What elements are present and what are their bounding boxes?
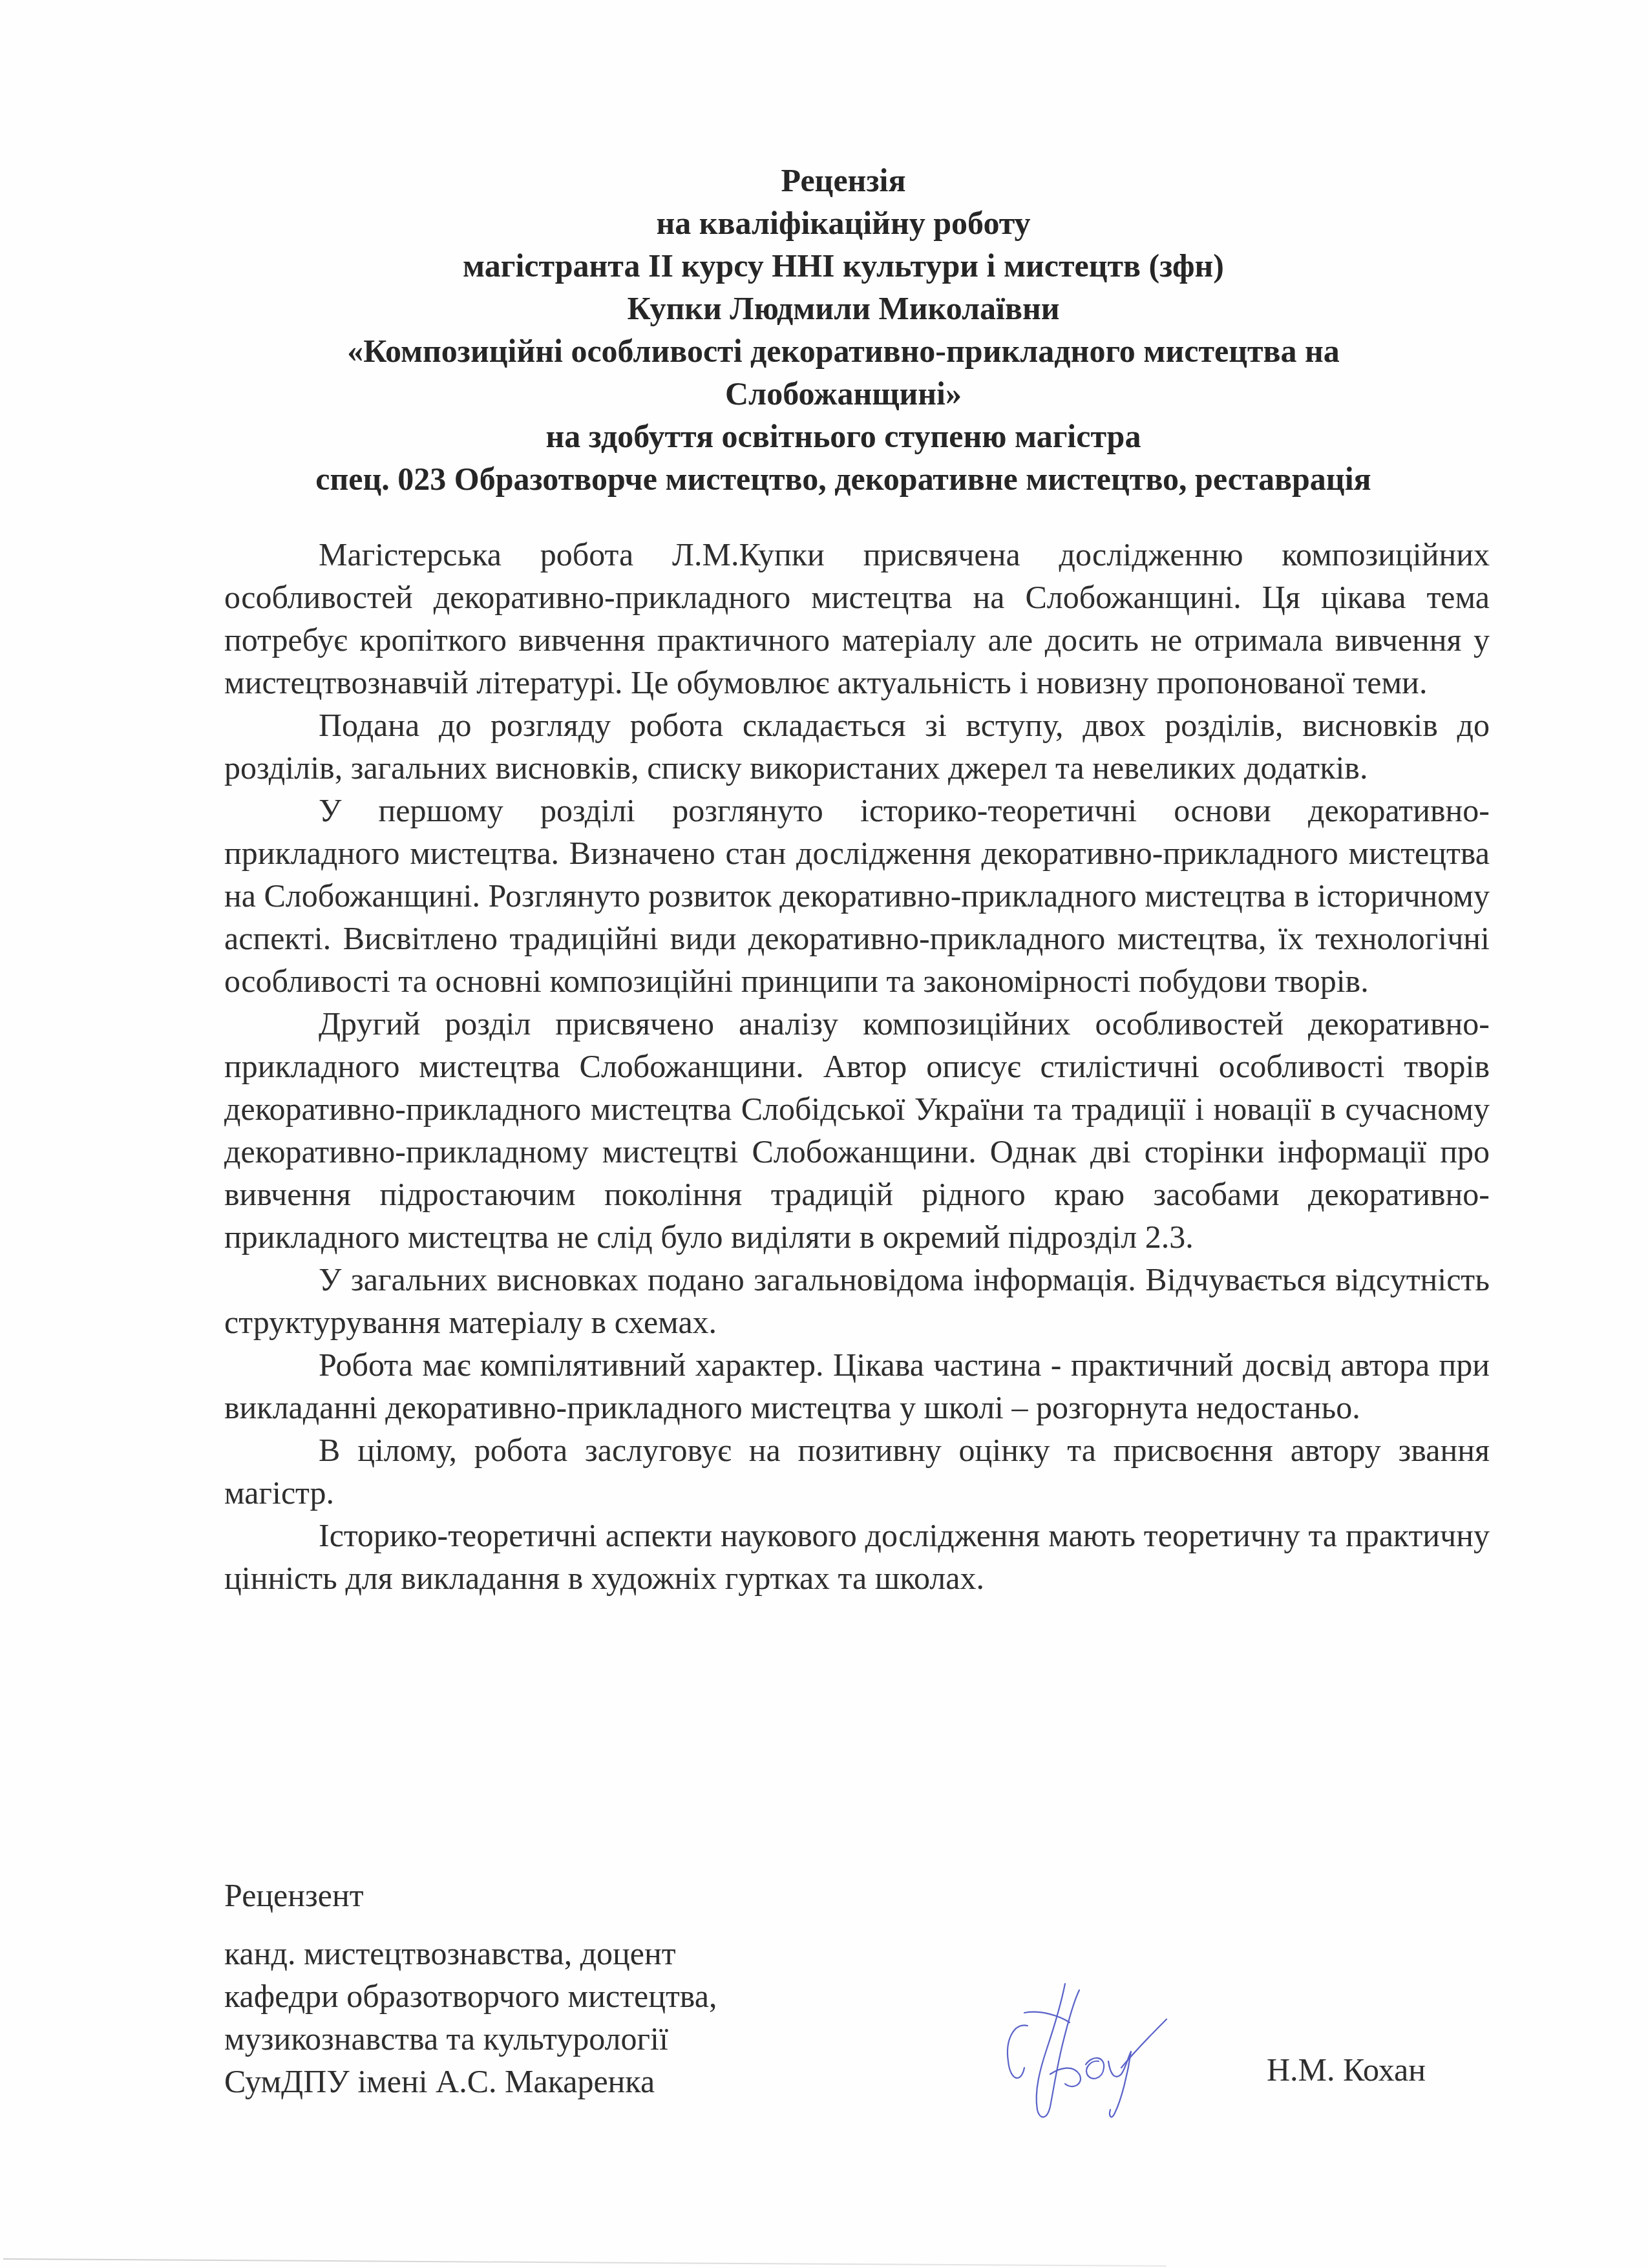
title-subject: на кваліфікаційну роботу [213,202,1474,244]
reviewer-credentials: Рецензент канд. мистецтвознавства, доцен… [224,1874,717,2103]
title-specialty: спец. 023 Образотворче мистецтво, декора… [213,457,1474,500]
paragraph-compilative: Робота має компілятивний характер. Цікав… [224,1343,1490,1429]
handwritten-signature-icon [989,1977,1183,2132]
paragraph-chapter-two: Другий розділ присвячено аналізу компози… [224,1002,1490,1258]
title-review: Рецензія [213,159,1474,202]
paragraph-chapter-one: У першому розділі розглянуто історико-те… [224,789,1490,1002]
reviewer-label: Рецензент [224,1874,717,1916]
reviewer-department-line2: музикознавства та культурології [224,2017,717,2060]
paragraph-conclusions: У загальних висновках подано загальновід… [224,1258,1490,1343]
paragraph-intro: Магістерська робота Л.М.Купки присвячена… [224,533,1490,704]
review-body: Магістерська робота Л.М.Купки присвячена… [224,533,1490,1599]
paragraph-assessment: В цілому, робота заслуговує на позитивну… [224,1429,1490,1514]
paragraph-value: Історико-теоретичні аспекти наукового до… [224,1514,1490,1599]
title-student-name: Купки Людмили Миколаївни [213,287,1474,330]
scan-edge-line [3,2258,1167,2267]
scanned-page: Рецензія на кваліфікаційну роботу магіст… [0,0,1648,2268]
reviewer-degree: канд. мистецтвознавства, доцент [224,1932,717,1975]
title-thesis-topic-line1: «Композиційні особливості декоративно-пр… [213,330,1474,372]
reviewer-university: СумДПУ імені А.С. Макаренка [224,2060,717,2103]
title-degree: на здобуття освітнього ступеню магістра [213,415,1474,457]
title-thesis-topic-line2: Слобожанщині» [213,372,1474,415]
title-block: Рецензія на кваліфікаційну роботу магіст… [213,159,1474,500]
paragraph-structure: Подана до розгляду робота складається зі… [224,704,1490,789]
reviewer-department-line1: кафедри образотворчого мистецтва, [224,1975,717,2017]
title-student-course: магістранта ІІ курсу ННІ культури і мист… [213,244,1474,287]
reviewer-name: Н.М. Кохан [1267,2048,1426,2091]
